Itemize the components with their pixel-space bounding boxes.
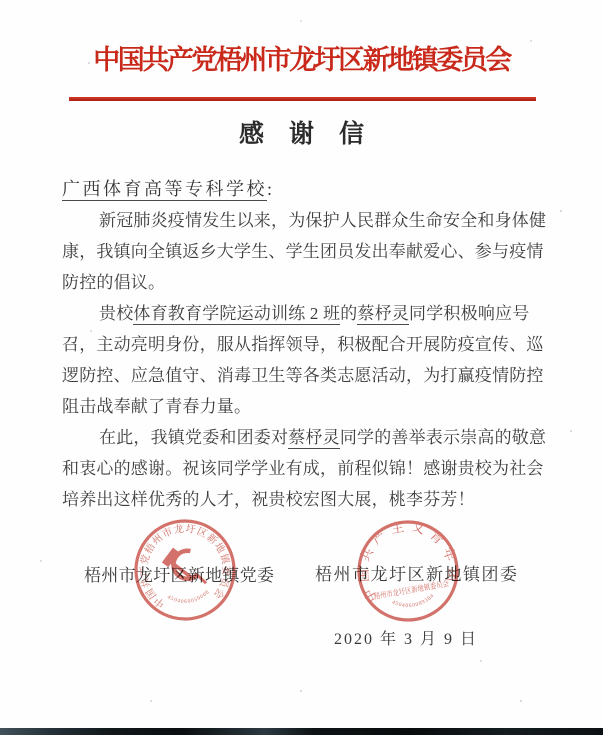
letterhead-divider-line xyxy=(69,97,536,101)
body-text: 逻防控、应急值守、消毒卫生等各类志愿活动，为打赢疫情防控 xyxy=(62,366,544,385)
body-text: 同学的善举表示崇高的敬意 xyxy=(340,428,546,447)
salutation-colon: : xyxy=(267,179,275,199)
body-line: 阻击战奉献了青春力量。 xyxy=(62,391,542,422)
hammer-sickle-icon xyxy=(163,547,206,589)
scan-noise-specks xyxy=(0,0,2,2)
underlined-student-name: 蔡杼灵 xyxy=(288,428,340,449)
body-text: 新冠肺炎疫情发生以来，为保护人民群众生命安全和身体健 xyxy=(99,211,546,230)
body-line: 召，主动亮明身份，服从指挥领导，积极配合开展防疫宣传、巡 xyxy=(62,329,542,360)
letter-title: 感 谢 信 xyxy=(0,114,603,150)
body-text: 康，我镇向全镇返乡大学生、学生团员发出奉献爱心、参与疫情 xyxy=(62,242,544,261)
body-line: 康，我镇向全镇返乡大学生、学生团员发出奉献爱心、参与疫情 xyxy=(62,236,542,267)
body-line: 防控的倡议。 xyxy=(62,267,542,298)
salutation-recipient: 广西体育高等专科学校 xyxy=(62,179,267,201)
seal-center-text: 梧州市龙圩区新地镇委员会 xyxy=(373,578,450,601)
seal-serial-number: 4504060059008 xyxy=(166,588,213,607)
body-line: 在此，我镇党委和团委对蔡杼灵同学的善举表示崇高的敬意 xyxy=(62,422,542,453)
salutation-line: 广西体育高等专科学校: xyxy=(62,174,542,205)
body-text: 防控的倡议。 xyxy=(62,273,165,292)
svg-text:4504060059008: 4504060059008 xyxy=(166,588,213,607)
body-text: 贵校 xyxy=(99,304,133,323)
body-line: 贵校体育教育学院运动训练 2 班的蔡杼灵同学积极响应号 xyxy=(62,298,542,329)
body-text: 召，主动亮明身份，服从指挥领导，积极配合开展防疫宣传、巡 xyxy=(62,335,544,354)
body-line: 逻防控、应急值守、消毒卫生等各类志愿活动，为打赢疫情防控 xyxy=(62,360,542,391)
body-line: 和衷心的感谢。祝该同学学业有成，前程似锦！感谢贵校为社会 xyxy=(62,453,542,484)
body-text: 和衷心的感谢。祝该同学学业有成，前程似锦！感谢贵校为社会 xyxy=(62,459,544,478)
body-line: 培养出这样优秀的人才，祝贵校宏图大展，桃李芬芳！ xyxy=(62,484,542,515)
letterhead-org-name: 中国共产党梧州市龙圩区新地镇委员会 xyxy=(0,38,603,77)
letter-body: 广西体育高等专科学校: 新冠肺炎疫情发生以来，为保护人民群众生命安全和身体健 康… xyxy=(62,174,542,515)
body-text: 培养出这样优秀的人才，祝贵校宏图大展，桃李芬芳！ xyxy=(62,490,475,509)
league-seal-stamp: 中国共产主义青年团 梧州市龙圩区新地镇委员会 4504060089384 xyxy=(338,501,477,640)
underlined-student-name: 蔡杼灵 xyxy=(357,304,409,325)
body-text: 同学积极响应号 xyxy=(409,304,529,323)
scanner-bottom-edge xyxy=(0,728,603,735)
underlined-class-name: 体育教育学院运动训练 2 班 xyxy=(133,304,340,325)
body-text: 的 xyxy=(340,304,357,323)
body-text: 阻击战奉献了青春力量。 xyxy=(62,397,251,416)
body-line: 新冠肺炎疫情发生以来，为保护人民群众生命安全和身体健 xyxy=(62,205,542,236)
body-text: 在此，我镇党委和团委对 xyxy=(99,428,288,447)
party-seal-stamp: 中国共产党梧州市龙圩区新地镇委员会 4504060059008 xyxy=(117,502,253,638)
scanned-letter-page: 中国共产党梧州市龙圩区新地镇委员会 感 谢 信 广西体育高等专科学校: 新冠肺炎… xyxy=(0,0,603,735)
